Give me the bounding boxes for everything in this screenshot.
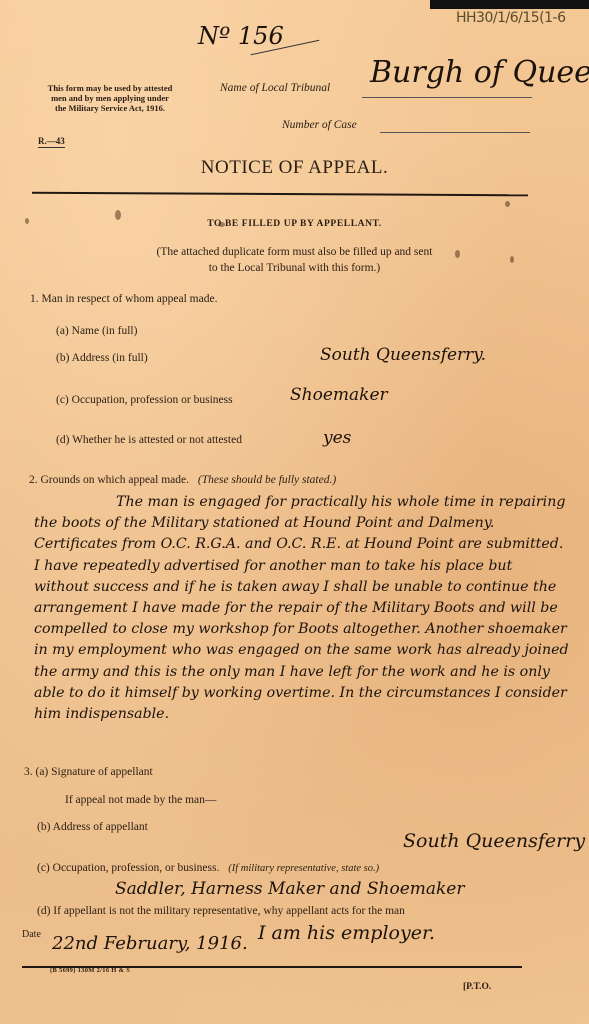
appellant-address-label: (b) Address of appellant bbox=[37, 821, 148, 833]
section2-heading: 2. Grounds on which appeal made. (These … bbox=[29, 474, 336, 486]
attested-label: (d) Whether he is attested or not attest… bbox=[56, 434, 242, 446]
attached-note: (The attached duplicate form must also b… bbox=[0, 244, 589, 276]
attached-note-line: (The attached duplicate form must also b… bbox=[0, 244, 589, 260]
name-label: (a) Name (in full) bbox=[56, 325, 137, 337]
appellant-occupation-value: Saddler, Harness Maker and Shoemaker bbox=[115, 879, 465, 899]
military-rep-note: (If military representative, state so.) bbox=[228, 863, 379, 874]
archive-reference: HH30/1/6/15(1-6 bbox=[456, 10, 565, 26]
ink-stain bbox=[455, 250, 460, 258]
date-value: 22nd February, 1916. bbox=[52, 933, 248, 954]
usage-notice-line: This form may be used by attested bbox=[30, 83, 190, 93]
fill-heading: TO BE FILLED UP BY APPELLANT. bbox=[0, 219, 589, 229]
title-rule bbox=[32, 192, 528, 197]
appellant-occupation-label: (c) Occupation, profession, or business. bbox=[37, 862, 219, 874]
usage-notice-line: the Military Service Act, 1916. bbox=[30, 103, 190, 113]
page-title: NOTICE OF APPEAL. bbox=[0, 157, 589, 179]
address-label: (b) Address (in full) bbox=[56, 352, 148, 364]
scan-edge bbox=[430, 0, 589, 9]
signature-label: 3. (a) Signature of appellant bbox=[24, 766, 153, 778]
occupation-value: Shoemaker bbox=[290, 385, 388, 405]
appellant-occupation: (c) Occupation, profession, or business.… bbox=[37, 862, 379, 874]
attached-note-line: to the Local Tribunal with this form.) bbox=[0, 260, 589, 276]
grounds-note: (These should be fully stated.) bbox=[198, 474, 336, 486]
occupation-label: (c) Occupation, profession or business bbox=[56, 394, 233, 406]
why-acts-value: I am his employer. bbox=[258, 922, 435, 944]
section1-heading: 1. Man in respect of whom appeal made. bbox=[30, 293, 217, 305]
usage-notice-line: men and by men applying under bbox=[30, 93, 190, 103]
grounds-text: The man is engaged for practically his w… bbox=[34, 492, 569, 725]
ink-stain bbox=[115, 210, 121, 220]
if-not-man-label: If appeal not made by the man— bbox=[65, 794, 216, 806]
attested-value: yes bbox=[323, 428, 351, 448]
tribunal-label: Name of Local Tribunal bbox=[220, 82, 330, 94]
ink-stain bbox=[505, 201, 510, 207]
ink-stain bbox=[510, 256, 514, 263]
appellant-address-value: South Queensferry bbox=[403, 830, 585, 852]
ink-stain bbox=[218, 222, 225, 227]
usage-notice: This form may be used by attested men an… bbox=[30, 83, 190, 113]
form-code: R.—43 bbox=[38, 136, 65, 148]
form-number: Nº 156 bbox=[198, 22, 284, 50]
case-number-field bbox=[380, 132, 530, 133]
why-acts-label: (d) If appellant is not the military rep… bbox=[37, 905, 405, 917]
grounds-heading: 2. Grounds on which appeal made. bbox=[29, 474, 189, 486]
printer-mark: (B 5699) 130M 2/16 H & S bbox=[50, 967, 130, 974]
tribunal-value: Burgh of Queensferry bbox=[370, 55, 589, 90]
case-number-label: Number of Case bbox=[282, 119, 357, 131]
pto-mark: [P.T.O. bbox=[463, 982, 491, 992]
ink-stain bbox=[25, 218, 29, 224]
tribunal-underline bbox=[362, 97, 532, 98]
date-label: Date bbox=[22, 929, 41, 940]
address-value: South Queensferry. bbox=[320, 345, 486, 365]
